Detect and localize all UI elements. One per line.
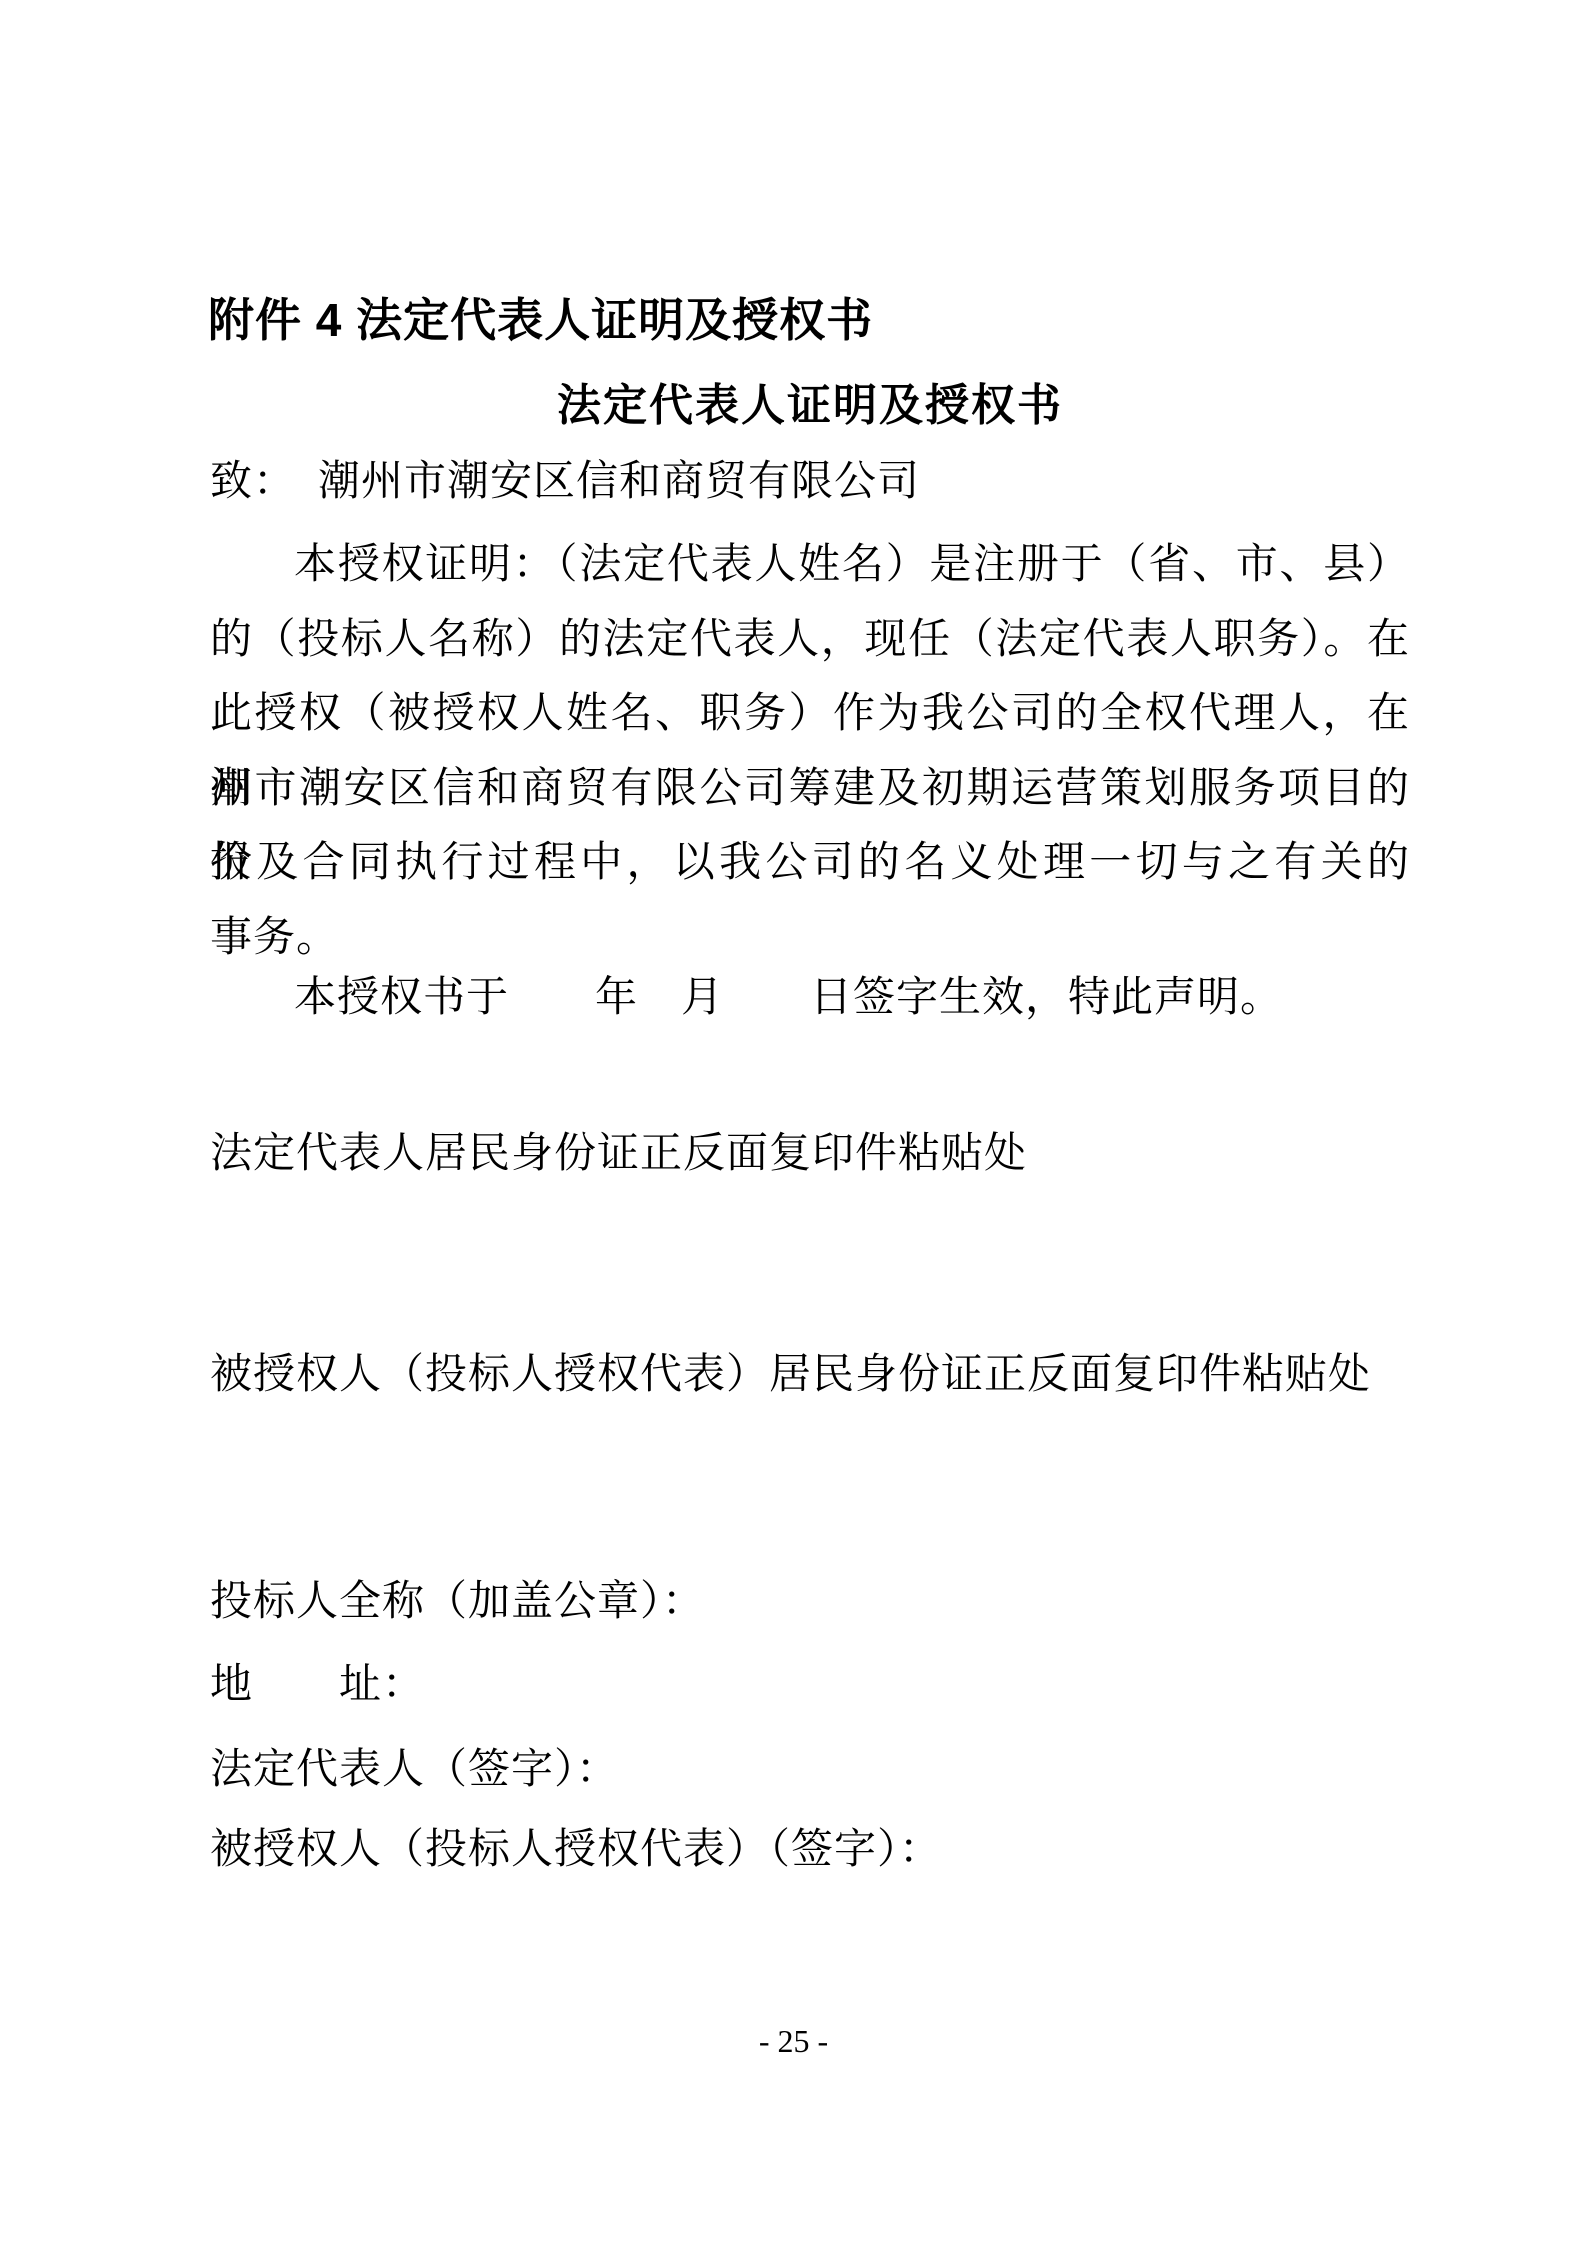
authorization-paragraph-line: 价及合同执行过程中，以我公司的名义处理一切与之有关的	[210, 826, 1410, 901]
authorization-paragraph-line: 事务。	[210, 901, 1410, 976]
authorization-paragraph-line: 州市潮安区信和商贸有限公司筹建及初期运营策划服务项目的报	[210, 752, 1410, 827]
page-number: - 25 -	[0, 2024, 1587, 2059]
authorization-paragraph: 本授权证明：（法定代表人姓名）是注册于（省、市、县） 的（投标人名称）的法定代表…	[210, 528, 1410, 975]
authorization-paragraph-line: 的（投标人名称）的法定代表人，现任（法定代表人职务）。在	[210, 603, 1410, 678]
authorization-paragraph-line: 本授权证明：（法定代表人姓名）是注册于（省、市、县）	[210, 528, 1410, 603]
document-title: 法定代表人证明及授权书	[210, 381, 1410, 432]
authorized-rep-signature-line: 被授权人（投标人授权代表）（签字）：	[210, 1827, 942, 1873]
authorization-paragraph-line: 此授权（被授权人姓名、职务）作为我公司的全权代理人，在潮	[210, 677, 1410, 752]
addressee-line: 致： 潮州市潮安区信和商贸有限公司	[210, 459, 920, 505]
authorized-rep-id-paste-area-label: 被授权人（投标人授权代表）居民身份证正反面复印件粘贴处	[210, 1352, 1371, 1398]
bidder-full-name-line: 投标人全称（加盖公章）：	[210, 1579, 705, 1625]
document-page: 附件 4 法定代表人证明及授权书 法定代表人证明及授权书 致： 潮州市潮安区信和…	[0, 0, 1587, 2245]
legal-rep-id-paste-area-label: 法定代表人居民身份证正反面复印件粘贴处	[210, 1131, 1027, 1177]
attachment-heading: 附件 4 法定代表人证明及授权书	[208, 294, 873, 347]
address-line: 地 址：	[210, 1662, 425, 1708]
effective-date-line: 本授权书于 年 月 日签字生效，特此声明。	[210, 975, 1410, 1021]
legal-rep-signature-line: 法定代表人（签字）：	[210, 1747, 619, 1793]
